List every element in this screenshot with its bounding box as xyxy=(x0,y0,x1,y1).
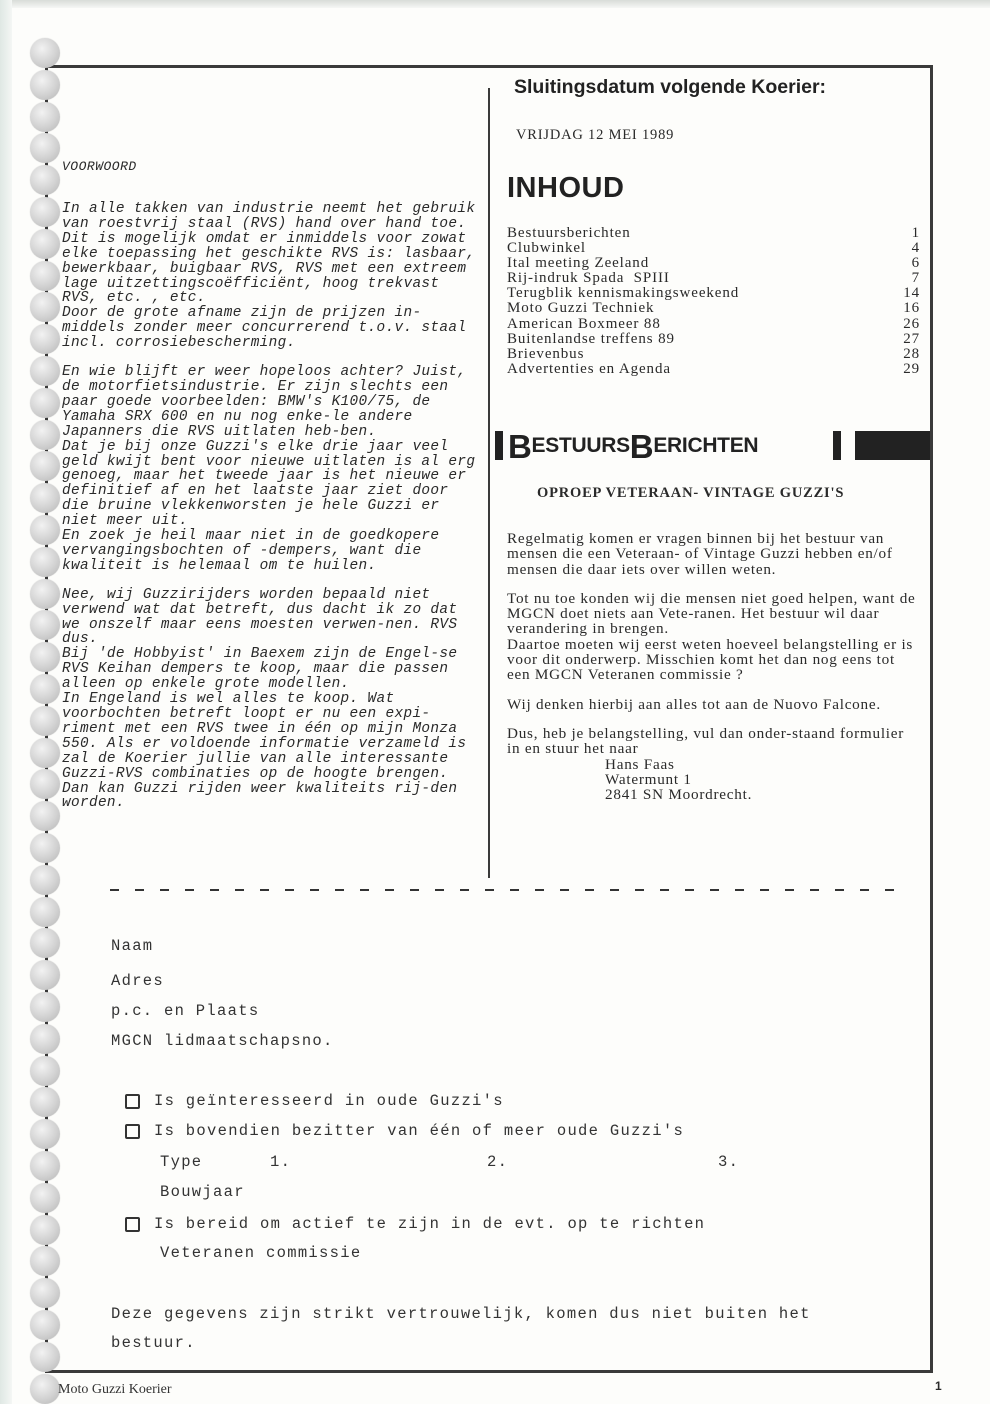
toc-label: Bestuursberichten xyxy=(507,226,631,241)
toc-row: Moto Guzzi Techniek16 xyxy=(507,301,920,316)
article-paragraph: Tot nu toe konden wij die mensen niet go… xyxy=(507,591,921,683)
binder-hole xyxy=(30,229,60,259)
toc-page: 26 xyxy=(903,317,920,332)
binder-hole xyxy=(30,1183,60,1213)
binder-hole xyxy=(30,70,60,100)
binder-hole xyxy=(30,610,60,640)
toc-label: Brievenbus xyxy=(507,347,584,362)
binder-hole xyxy=(30,197,60,227)
binder-hole xyxy=(30,483,60,513)
banner-bar xyxy=(495,431,503,460)
binder-hole xyxy=(30,579,60,609)
binder-hole xyxy=(30,1278,60,1308)
toc-row: Rij-indruk Spada SPIII7 xyxy=(507,271,920,286)
type-field-2[interactable]: 2. xyxy=(487,1153,508,1171)
article-subtitle: OPROEP VETERAAN- VINTAGE GUZZI'S xyxy=(537,485,844,502)
active-label: Is bereid om actief te zijn in de evt. o… xyxy=(154,1215,705,1233)
binder-hole xyxy=(30,769,60,799)
binder-hole xyxy=(30,992,60,1022)
checkbox[interactable] xyxy=(125,1124,140,1139)
toc-page: 29 xyxy=(903,362,920,377)
name-field[interactable]: Naam xyxy=(111,937,153,955)
binder-hole xyxy=(30,388,60,418)
voorwoord-body: In alle takken van industrie neemt het g… xyxy=(62,202,482,825)
binder-hole xyxy=(30,865,60,895)
toc-label: Ital meeting Zeeland xyxy=(507,256,649,271)
table-of-contents: Bestuursberichten1Clubwinkel4Ital meetin… xyxy=(507,226,920,377)
scan-edge-top xyxy=(0,0,990,8)
binder-hole xyxy=(30,642,60,672)
binder-hole xyxy=(30,897,60,927)
article-paragraph: Wij denken hierbij aan alles tot aan de … xyxy=(507,697,921,712)
toc-page: 16 xyxy=(903,301,920,316)
binder-hole xyxy=(30,515,60,545)
owner-label: Is bovendien bezitter van één of meer ou… xyxy=(154,1122,684,1140)
cut-line xyxy=(110,889,900,891)
toc-page: 14 xyxy=(903,286,920,301)
binder-hole xyxy=(30,833,60,863)
toc-page: 1 xyxy=(912,226,920,241)
toc-label: Moto Guzzi Techniek xyxy=(507,301,654,316)
binder-hole xyxy=(30,547,60,577)
banner-block xyxy=(855,431,930,460)
year-field[interactable]: Bouwjaar xyxy=(160,1183,245,1201)
banner-title: BESTUURSBERICHTEN xyxy=(508,428,758,465)
scan-edge-left xyxy=(0,0,12,1404)
binder-hole xyxy=(30,801,60,831)
banner-bar xyxy=(833,431,841,460)
closing-date: VRIJDAG 12 MEI 1989 xyxy=(516,127,674,144)
toc-row: Bestuursberichten1 xyxy=(507,226,920,241)
toc-page: 28 xyxy=(903,347,920,362)
toc-label: Rij-indruk Spada SPIII xyxy=(507,271,670,286)
active-option[interactable]: Is bereid om actief te zijn in de evt. o… xyxy=(125,1215,705,1233)
binder-hole xyxy=(30,1151,60,1181)
type-field-3[interactable]: 3. xyxy=(718,1153,739,1171)
address-street: Watermunt 1 xyxy=(605,772,921,787)
binder-hole xyxy=(30,928,60,958)
voorwoord-title: VOORWOORD xyxy=(62,159,137,174)
binder-hole xyxy=(30,1087,60,1117)
binder-hole xyxy=(30,674,60,704)
binder-hole xyxy=(30,324,60,354)
membership-number-field[interactable]: MGCN lidmaatschapsno. xyxy=(111,1032,334,1050)
binder-hole xyxy=(30,1246,60,1276)
address-name: Hans Faas xyxy=(605,757,921,772)
type-field-1[interactable]: 1. xyxy=(270,1153,291,1171)
voorwoord-paragraph: Nee, wij Guzzirijders worden bepaald nie… xyxy=(62,588,482,812)
toc-row: Ital meeting Zeeland6 xyxy=(507,256,920,271)
binder-hole xyxy=(30,102,60,132)
owner-option[interactable]: Is bovendien bezitter van één of meer ou… xyxy=(125,1122,684,1140)
article-body: Regelmatig komen er vragen binnen bij he… xyxy=(507,531,921,802)
address-city: 2841 SN Moordrecht. xyxy=(605,787,921,802)
toc-row: Clubwinkel4 xyxy=(507,241,920,256)
toc-row: Terugblik kennismakingsweekend14 xyxy=(507,286,920,301)
active-label-continued: Veteranen commissie xyxy=(160,1244,361,1262)
toc-page: 7 xyxy=(912,271,920,286)
toc-row: American Boxmeer 8826 xyxy=(507,317,920,332)
toc-page: 6 xyxy=(912,256,920,271)
toc-page: 4 xyxy=(912,241,920,256)
toc-label: American Boxmeer 88 xyxy=(507,317,661,332)
binder-hole xyxy=(30,738,60,768)
bestuursberichten-banner: BESTUURSBERICHTEN xyxy=(495,428,935,464)
binder-hole xyxy=(30,133,60,163)
binder-hole xyxy=(30,1310,60,1340)
binder-hole xyxy=(30,451,60,481)
binder-hole xyxy=(30,292,60,322)
toc-page: 27 xyxy=(903,332,920,347)
binder-hole xyxy=(30,706,60,736)
binder-hole xyxy=(30,38,60,68)
voorwoord-paragraph: In alle takken van industrie neemt het g… xyxy=(62,202,482,351)
binder-hole xyxy=(30,1374,60,1404)
binder-hole xyxy=(30,1119,60,1149)
confidentiality-notice: Deze gegevens zijn strikt vertrouwelijk,… xyxy=(111,1300,811,1358)
binder-hole xyxy=(30,165,60,195)
toc-label: Advertenties en Agenda xyxy=(507,362,671,377)
interested-option[interactable]: Is geïnteresseerd in oude Guzzi's xyxy=(125,1092,504,1110)
interested-label: Is geïnteresseerd in oude Guzzi's xyxy=(154,1092,504,1110)
voorwoord-paragraph: En wie blijft er weer hopeloos achter? J… xyxy=(62,365,482,574)
binder-hole xyxy=(30,1024,60,1054)
toc-label: Buitenlandse treffens 89 xyxy=(507,332,675,347)
binder-hole xyxy=(30,356,60,386)
binder-hole xyxy=(30,960,60,990)
article-paragraph: Dus, heb je belangstelling, vul dan onde… xyxy=(507,726,921,757)
postal-city-field[interactable]: p.c. en Plaats xyxy=(111,1002,259,1020)
binder-hole xyxy=(30,1215,60,1245)
toc-row: Advertenties en Agenda29 xyxy=(507,362,920,377)
binder-hole xyxy=(30,420,60,450)
column-divider xyxy=(488,88,490,878)
address-block: Hans Faas Watermunt 1 2841 SN Moordrecht… xyxy=(507,757,921,803)
binder-hole xyxy=(30,261,60,291)
closing-date-heading: Sluitingsdatum volgende Koerier: xyxy=(514,76,826,99)
page-number: 1 xyxy=(935,1379,942,1393)
toc-label: Clubwinkel xyxy=(507,241,586,256)
toc-row: Brievenbus28 xyxy=(507,347,920,362)
toc-row: Buitenlandse treffens 8927 xyxy=(507,332,920,347)
binder-hole xyxy=(30,1056,60,1086)
address-field[interactable]: Adres xyxy=(111,972,164,990)
binder-hole xyxy=(30,1342,60,1372)
type-label: Type xyxy=(160,1153,202,1171)
checkbox[interactable] xyxy=(125,1217,140,1232)
checkbox[interactable] xyxy=(125,1094,140,1109)
footer-brand: Moto Guzzi Koerier xyxy=(58,1382,172,1398)
toc-label: Terugblik kennismakingsweekend xyxy=(507,286,739,301)
contents-title: INHOUD xyxy=(507,172,624,205)
article-paragraph: Regelmatig komen er vragen binnen bij he… xyxy=(507,531,921,577)
